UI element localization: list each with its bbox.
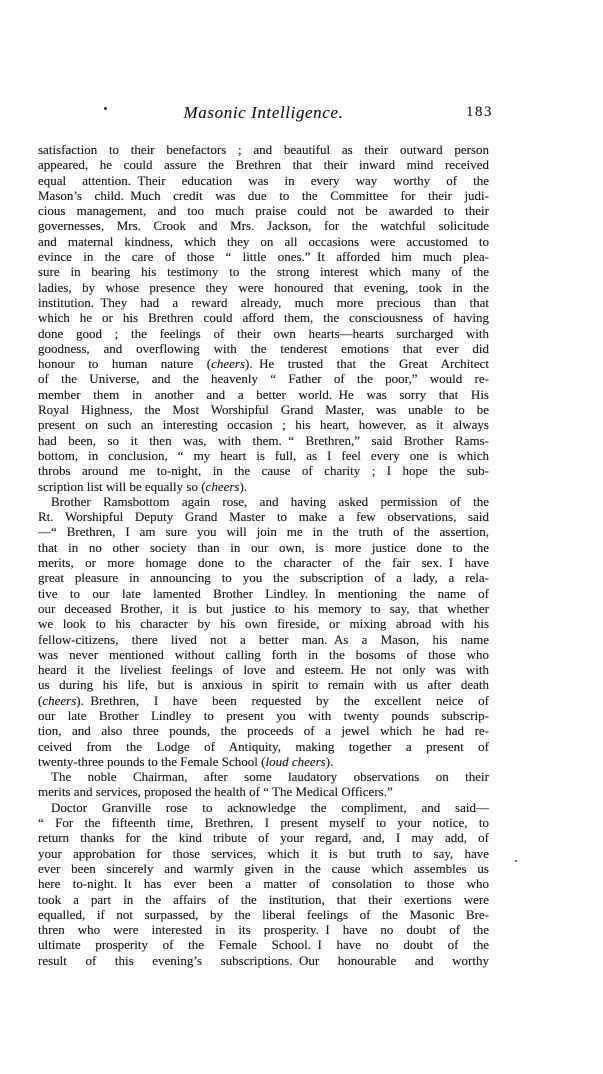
text-line: goodness, and overflowing with the tende… [38, 341, 489, 356]
text-line: here to-night. It has ever been a matter… [38, 876, 489, 891]
text-line: which he or his Brethren could afford th… [38, 310, 489, 325]
text-line: merits, or more homage done to the chara… [38, 555, 489, 570]
text-line: had been, so it then was, with them. “ B… [38, 433, 489, 448]
text-line: Rt. Worshipful Deputy Grand Master to ma… [38, 509, 489, 524]
text-line: we look to his character by his own fire… [38, 616, 489, 631]
text-line: throbs around me to-night, in the cause … [38, 463, 489, 478]
text-line: “ For the fifteenth time, Brethren, I pr… [38, 815, 489, 830]
text-line: evince in the care of those “ little one… [38, 249, 489, 264]
text-line: ultimate prosperity of the Female School… [38, 937, 489, 952]
text-line: (cheers). Brethren, I have been requeste… [38, 693, 489, 708]
text-line: result of this evening’s subscriptions. … [38, 953, 489, 968]
text-line: twenty-three pounds to the Female School… [38, 754, 489, 769]
text-line: The noble Chairman, after some laudatory… [38, 769, 489, 784]
text-line: cious management, and too much praise co… [38, 203, 489, 218]
text-line: —“ Brethren, I am sure you will join me … [38, 524, 489, 539]
text-line: appeared, he could assure the Brethren t… [38, 157, 489, 172]
text-line: equal attention. Their education was in … [38, 173, 489, 188]
text-line: took a part in the affairs of the instit… [38, 892, 489, 907]
text-line: great pleasure in announcing to you the … [38, 570, 489, 585]
text-column: satisfaction to their benefactors ; and … [38, 142, 489, 968]
text-line: Brother Ramsbottom again rose, and havin… [38, 494, 489, 509]
text-line: sure in bearing his testimony to the str… [38, 264, 489, 279]
text-line: your approbation for those services, whi… [38, 846, 489, 861]
text-line: us during his life, but is anxious in sp… [38, 677, 489, 692]
text-line: member them in another and a better worl… [38, 387, 489, 402]
scan-speck [515, 860, 517, 862]
text-line: Doctor Granville rose to acknowledge the… [38, 800, 489, 815]
text-line: of the Universe, and the heavenly “ Fath… [38, 371, 489, 386]
text-line: bottom, in conclusion, “ my heart is ful… [38, 448, 489, 463]
text-line: equalled, if not surpassed, by the liber… [38, 907, 489, 922]
text-line: tive to our late lamented Brother Lindle… [38, 586, 489, 601]
text-line: our late Brother Lindley to present you … [38, 708, 489, 723]
text-line: ceived from the Lodge of Antiquity, maki… [38, 739, 489, 754]
text-line: was never mentioned without calling fort… [38, 647, 489, 662]
text-line: ladies, by whose presence they were hono… [38, 280, 489, 295]
page-header: Masonic Intelligence. 183 [38, 103, 489, 129]
text-line: Mason’s child. Much credit was due to th… [38, 188, 489, 203]
text-line: ever been sincerely and warmly given in … [38, 861, 489, 876]
text-line: institution. They had a reward already, … [38, 295, 489, 310]
running-title: Masonic Intelligence. [38, 103, 489, 123]
text-line: honour to human nature (cheers). He trus… [38, 356, 489, 371]
text-line: heard it the liveliest feelings of love … [38, 662, 489, 677]
text-line: done good ; the feelings of their own he… [38, 326, 489, 341]
text-line: tion, and also three pounds, the proceed… [38, 723, 489, 738]
text-line: governesses, Mrs. Crook and Mrs. Jackson… [38, 218, 489, 233]
text-line: scription list will be equally so (cheer… [38, 479, 489, 494]
text-line: return thanks for the kind tribute of yo… [38, 830, 489, 845]
page-number: 183 [466, 104, 493, 121]
document-page: Masonic Intelligence. 183 satisfaction t… [0, 0, 603, 1074]
text-line: satisfaction to their benefactors ; and … [38, 142, 489, 157]
text-line: and maternal kindness, which they on all… [38, 234, 489, 249]
text-line: fellow-citizens, there lived not a bette… [38, 632, 489, 647]
text-line: merits and services, proposed the health… [38, 784, 489, 799]
text-line: present on such an interesting occasion … [38, 417, 489, 432]
text-line: that in no other society than in our own… [38, 540, 489, 555]
text-line: our deceased Brother, it is but justice … [38, 601, 489, 616]
text-line: thren who were interested in its prosper… [38, 922, 489, 937]
text-line: Royal Highness, the Most Worshipful Gran… [38, 402, 489, 417]
